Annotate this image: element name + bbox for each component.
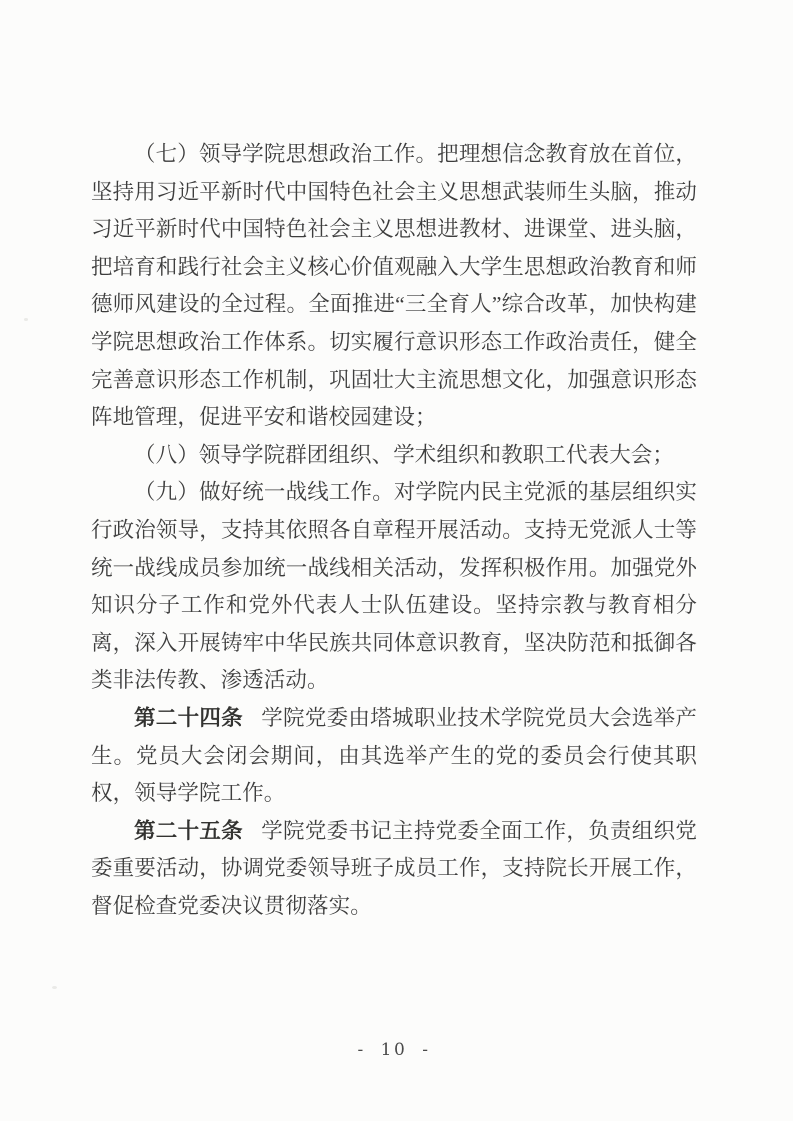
scan-artifact: [52, 986, 57, 989]
article-24-paragraph: 第二十四条学院党委由塔城职业技术学院党员大会选举产生。党员大会闭会期间，由其选举…: [91, 700, 697, 813]
article-25-heading: 第二十五条: [134, 819, 243, 843]
scanned-document-page: { "page": { "background_color": "#fcfcfb…: [0, 0, 793, 1121]
clause-7-paragraph: （七）领导学院思想政治工作。把理想信念教育放在首位，坚持用习近平新时代中国特色社…: [91, 136, 697, 437]
article-25-paragraph: 第二十五条学院党委书记主持党委全面工作，负责组织党委重要活动，协调党委领导班子成…: [91, 813, 697, 926]
clause-8-paragraph: （八）领导学院群团组织、学术组织和教职工代表大会；: [91, 437, 697, 475]
scan-artifact: [24, 318, 28, 321]
page-number: - 10 -: [91, 1039, 697, 1061]
article-24-heading: 第二十四条: [134, 706, 243, 730]
document-body: （七）领导学院思想政治工作。把理想信念教育放在首位，坚持用习近平新时代中国特色社…: [91, 136, 697, 925]
clause-9-paragraph: （九）做好统一战线工作。对学院内民主党派的基层组织实行政治领导，支持其依照各自章…: [91, 474, 697, 700]
